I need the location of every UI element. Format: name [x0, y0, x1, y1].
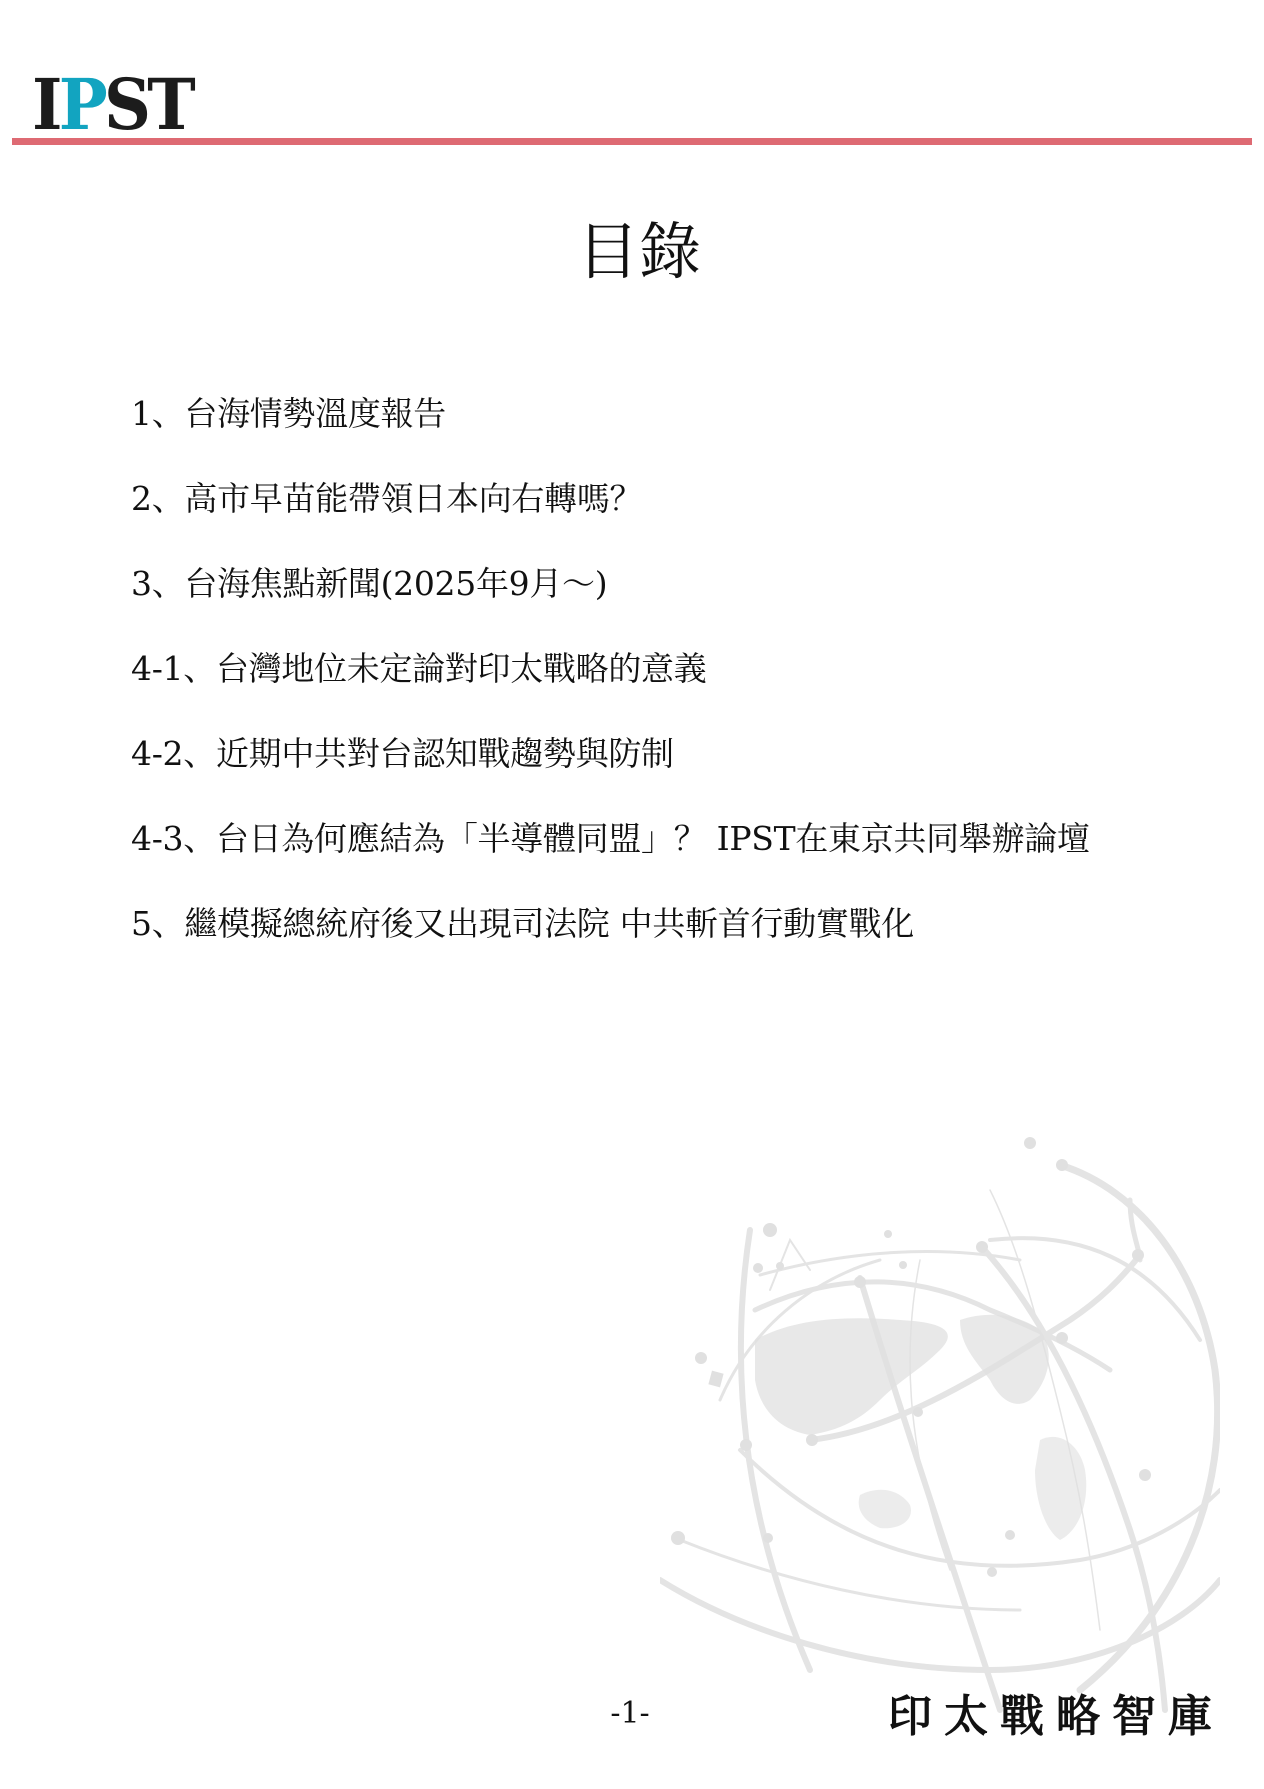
- page-title: 目錄: [0, 212, 1264, 292]
- logo-letter-p: P: [59, 74, 104, 136]
- toc-item-3[interactable]: 3、台海焦點新聞(2025年9月～): [131, 560, 1090, 645]
- toc-item-5[interactable]: 5、繼模擬總統府後又出現司法院 中共斬首行動實戰化: [131, 900, 1090, 985]
- header-divider: [12, 138, 1252, 145]
- globe-network-icon: [660, 1110, 1220, 1730]
- page-number: -1-: [600, 1694, 660, 1734]
- toc-item-2[interactable]: 2、高市早苗能帶領日本向右轉嗎？: [131, 475, 1090, 560]
- logo-letter-t: T: [147, 74, 192, 136]
- logo-letter-s: S: [104, 74, 147, 136]
- toc-item-4-3[interactable]: 4-3、台日為何應結為「半導體同盟」？ IPST在東京共同舉辦論壇: [131, 815, 1090, 900]
- ipst-logo: I P S T: [32, 74, 192, 136]
- toc-item-4-2[interactable]: 4-2、近期中共對台認知戰趨勢與防制: [131, 730, 1090, 815]
- toc-item-1[interactable]: 1、台海情勢溫度報告: [131, 390, 1090, 475]
- table-of-contents: 1、台海情勢溫度報告 2、高市早苗能帶領日本向右轉嗎？ 3、台海焦點新聞(202…: [131, 390, 1090, 985]
- toc-item-4-1[interactable]: 4-1、台灣地位未定論對印太戰略的意義: [131, 645, 1090, 730]
- logo-letter-i: I: [32, 74, 59, 136]
- brand-name: 印太戰略智庫: [888, 1692, 1224, 1742]
